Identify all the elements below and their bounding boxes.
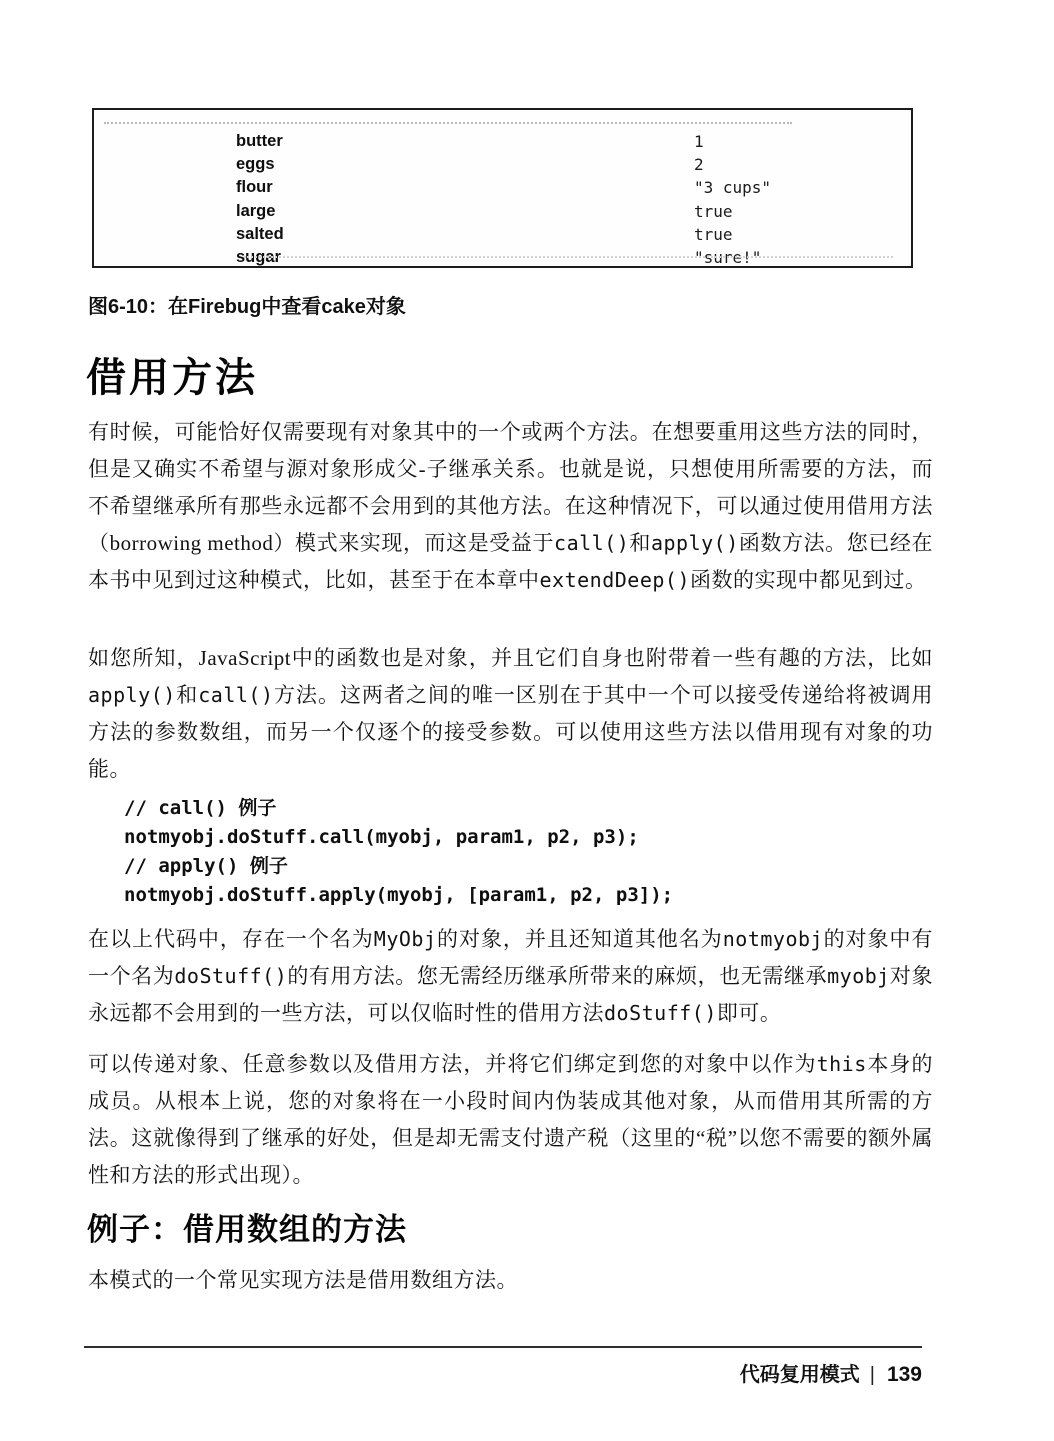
- property-name: large: [236, 202, 694, 221]
- property-name: eggs: [236, 155, 694, 174]
- inline-code: call(): [554, 531, 629, 555]
- inline-code: call(): [198, 683, 273, 707]
- property-name: flour: [236, 178, 694, 197]
- book-page: butter1eggs2flour"3 cups"largetruesalted…: [0, 0, 1054, 1441]
- paragraph: 在以上代码中，存在一个名为MyObj的对象，并且还知道其他名为notmyobj的…: [88, 921, 933, 1032]
- footer-rule: [84, 1346, 922, 1348]
- property-value: "3 cups": [694, 178, 771, 197]
- text-run: 如您所知，JavaScript中的函数也是对象，并且它们自身也附带着一些有趣的方…: [88, 646, 933, 670]
- text-run: 和: [176, 683, 198, 707]
- firebug-screenshot: butter1eggs2flour"3 cups"largetruesalted…: [92, 108, 913, 268]
- inline-code: apply(): [651, 531, 739, 555]
- paragraph: 有时候，可能恰好仅需要现有对象其中的一个或两个方法。在想要重用这些方法的同时，但…: [88, 414, 933, 599]
- page-number: 139: [887, 1363, 922, 1386]
- inline-code: doStuff(): [604, 1001, 717, 1025]
- property-row: flour"3 cups": [94, 176, 911, 199]
- inline-code: doStuff(): [174, 964, 287, 988]
- scan-artifact-line: [104, 122, 792, 124]
- inline-code: apply(): [88, 683, 176, 707]
- inline-code: extendDeep(): [540, 568, 691, 592]
- paragraph: 本模式的一个常见实现方法是借用数组方法。: [88, 1262, 933, 1299]
- property-value: 1: [694, 132, 704, 151]
- text-run: 在以上代码中，存在一个名为: [88, 927, 374, 951]
- object-property-list: butter1eggs2flour"3 cups"largetruesalted…: [94, 130, 911, 269]
- paragraph: 可以传递对象、任意参数以及借用方法，并将它们绑定到您的对象中以作为this本身的…: [88, 1046, 933, 1194]
- property-value: 2: [694, 155, 704, 174]
- footer-separator: |: [870, 1364, 875, 1386]
- text-run: 即可。: [717, 1001, 782, 1025]
- property-name: salted: [236, 225, 694, 244]
- text-run: 的对象，并且还知道其他名为: [437, 927, 723, 951]
- figure-caption: 图6-10：在Firebug中查看cake对象: [88, 290, 788, 319]
- inline-code: MyObj: [374, 927, 437, 951]
- section-title: 借用方法: [86, 346, 258, 403]
- property-row: largetrue: [94, 200, 911, 223]
- page-footer: 代码复用模式|139: [740, 1358, 922, 1387]
- property-row: eggs2: [94, 153, 911, 176]
- inline-code: notmyobj: [723, 927, 823, 951]
- property-name: butter: [236, 132, 694, 151]
- subsection-title: 例子：借用数组的方法: [87, 1204, 407, 1249]
- paragraph: 如您所知，JavaScript中的函数也是对象，并且它们自身也附带着一些有趣的方…: [88, 640, 933, 788]
- inline-code: myobj: [827, 964, 890, 988]
- property-row: butter1: [94, 130, 911, 153]
- code-block: // call() 例子 notmyobj.doStuff.call(myobj…: [124, 794, 673, 910]
- text-run: 函数的实现中都见到过。: [690, 568, 927, 592]
- property-value: true: [694, 225, 733, 244]
- text-run: 可以传递对象、任意参数以及借用方法，并将它们绑定到您的对象中以作为: [88, 1052, 817, 1076]
- scan-artifact-line: [244, 256, 893, 258]
- inline-code: this: [817, 1052, 867, 1076]
- text-run: 和: [629, 531, 651, 555]
- property-value: true: [694, 202, 733, 221]
- text-run: 的有用方法。您无需经历继承所带来的麻烦，也无需继承: [287, 964, 827, 988]
- footer-chapter: 代码复用模式: [740, 1364, 860, 1386]
- property-row: saltedtrue: [94, 223, 911, 246]
